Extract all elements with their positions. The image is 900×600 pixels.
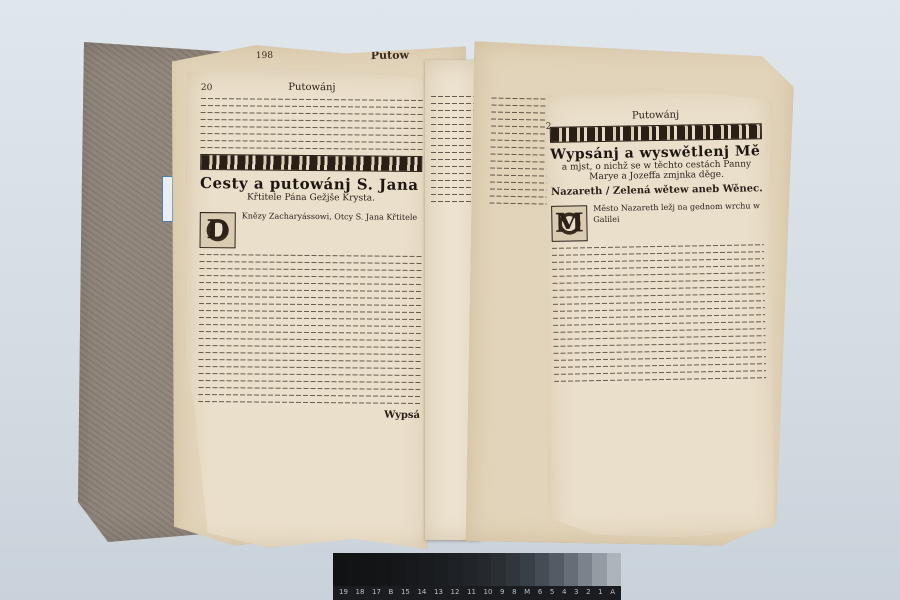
- running-head-behind: Putow: [371, 48, 409, 62]
- left-heading: Cesty a putowánj S. Jana: [200, 174, 422, 194]
- left-subheading: Křtitele Pána Gežjše Krysta.: [200, 192, 422, 204]
- blue-label-tag: [162, 176, 173, 222]
- right-subheading: a mjst, o nichž se w těchto cestách Pann…: [550, 159, 762, 183]
- left-page: 20 Putowánj Cesty a putowánj S. Jana Křt…: [183, 67, 432, 549]
- catchword: Wypsá: [198, 408, 420, 421]
- decorated-initial: D: [200, 212, 236, 248]
- ornament-band: [550, 123, 762, 143]
- ornament-band: [200, 154, 422, 172]
- grey-scale-labels: 1918 17B 1514 1312 1110 98 M6 54 32 1A: [333, 586, 621, 598]
- right-section-title: Nazareth / Zelená wětew aneb Wěnec.: [551, 183, 763, 198]
- left-running-head: Putowánj: [201, 81, 423, 94]
- grey-scale-card: 1918 17B 1514 1312 1110 98 M6 54 32 1A: [333, 553, 621, 600]
- photo-scene: 198 Putow 20 Putowánj Cesty a putowánj S…: [0, 0, 900, 600]
- page-number-behind: 198: [256, 51, 273, 61]
- right-page: 2 Putowánj Wypsánj a wyswětlenj Mě a mjs…: [541, 86, 779, 540]
- right-running-head: Putowánj: [549, 108, 761, 123]
- decorated-initial: M: [551, 205, 588, 242]
